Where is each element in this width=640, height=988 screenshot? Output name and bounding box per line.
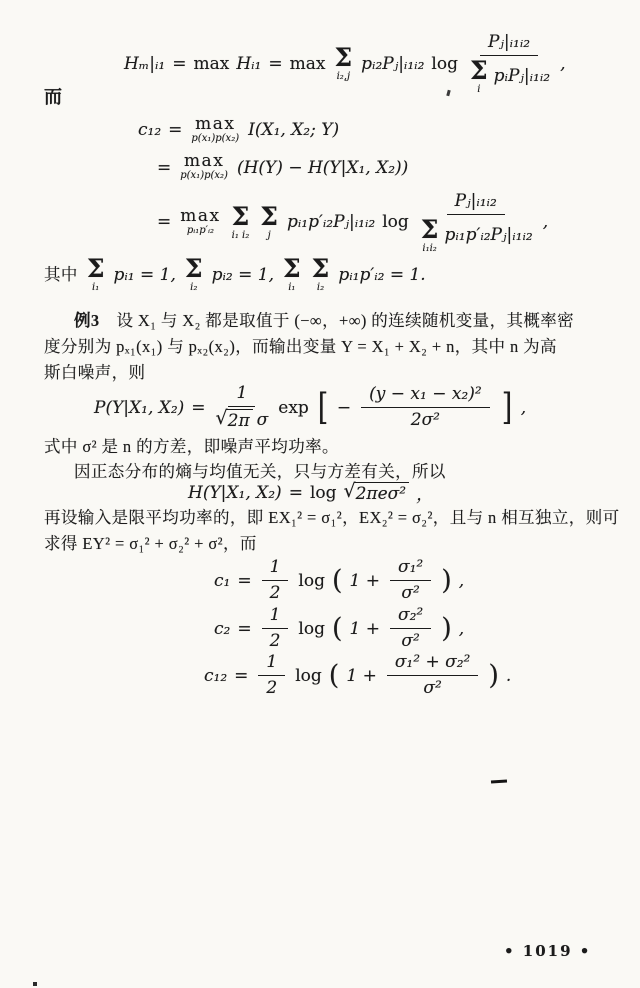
max-with-constraint: max pᵢ₁p′ᵢ₂ xyxy=(180,208,220,236)
sigma-glyph: Σ xyxy=(312,256,330,281)
derivation-line-3: = max pᵢ₁p′ᵢ₂ Σ i₁ i₂ Σ j pᵢ₁p′ᵢ₂Pⱼ|ᵢ₁ᵢ₂… xyxy=(157,191,548,254)
fraction-numerator: σ₁² + σ₂² xyxy=(387,652,479,676)
fraction-denominator: 2 xyxy=(266,676,277,699)
sum-index: i₂ xyxy=(190,283,197,293)
paragraph-line: 度分别为 pₓ₁(x₁) 与 pₓ₂(x₂)，而输出变量 Y = X₁ + X₂… xyxy=(44,334,599,360)
fraction: 1 2 xyxy=(262,605,289,653)
fraction-numerator: 1 xyxy=(228,383,255,407)
paragraph-text: 设 X₁ 与 X₂ 都是取值于 (−∞，+∞) 的连续随机变量，其概率密 xyxy=(100,311,575,330)
right-paren: ) xyxy=(441,618,452,640)
square-root: √ 2πeσ² xyxy=(344,482,410,504)
trailing-period: . xyxy=(506,666,511,686)
fraction-numerator: 1 xyxy=(262,605,289,629)
paragraph-example-3: 例3 设 X₁ 与 X₂ 都是取值于 (−∞，+∞) 的连续随机变量，其概率密 … xyxy=(44,308,599,386)
equals-sign: = xyxy=(168,120,182,140)
sigma-term: σ xyxy=(257,410,269,431)
book-page: Hₘ|ᵢ₁ = max Hᵢ₁ = max Σ i₂,j pᵢ₂Pⱼ|ᵢ₁ᵢ₂ … xyxy=(0,0,640,988)
fraction: Pⱼ|ᵢ₁ᵢ₂ Σ i₁i₂ pᵢ₁p′ᵢ₂Pⱼ|ᵢ₁ᵢ₂ xyxy=(419,191,533,254)
constraint-term: pᵢ₁p′ᵢ₂ = 1. xyxy=(338,265,425,285)
constraint-term: pᵢ₂ = 1, xyxy=(212,265,274,285)
log-operator: log xyxy=(298,571,325,591)
f1-lhs: Hₘ|ᵢ₁ xyxy=(124,54,165,74)
trailing-comma: , xyxy=(521,398,526,418)
square-root: √ 2π xyxy=(216,409,253,432)
log-operator: log xyxy=(310,483,337,503)
fraction-numerator: 1 xyxy=(258,652,285,676)
sigma-glyph: Σ xyxy=(260,204,278,229)
formula-capacity-c2: c₂ = 1 2 log ( 1 + σ₂² σ² ) , xyxy=(214,605,464,653)
max-constraint: p(x₁)p(x₂) xyxy=(191,134,239,145)
sum-index: i₂ xyxy=(317,283,324,293)
sum-index: i₁ xyxy=(288,283,295,293)
right-bracket: ] xyxy=(501,394,512,422)
fraction: σ₁² + σ₂² σ² xyxy=(387,652,479,700)
summation-symbol: Σ i₂ xyxy=(185,256,203,293)
right-paren: ) xyxy=(441,570,452,592)
fraction-numerator: Pⱼ|ᵢ₁ᵢ₂ xyxy=(480,32,538,56)
text-variance-note: 式中 σ² 是 n 的方差，即噪声平均功率。 xyxy=(44,434,339,460)
formula-capacity-c12: c₁₂ = 1 2 log ( 1 + σ₁² + σ₂² σ² ) . xyxy=(204,652,511,700)
f8-lhs: c₁₂ xyxy=(204,666,227,686)
left-bracket: [ xyxy=(318,394,329,422)
equals-sign: = xyxy=(234,666,248,686)
max-operator: max xyxy=(195,116,235,134)
equals-sign: = xyxy=(268,54,282,74)
f6-lhs: c₁ xyxy=(214,571,230,591)
sum-index: i xyxy=(477,85,480,95)
log-operator: log xyxy=(295,666,322,686)
fraction: σ₁² σ² xyxy=(390,557,431,605)
exp-operator: exp xyxy=(278,398,309,418)
equals-sign: = xyxy=(172,54,186,74)
sum-index: i₁ i₂ xyxy=(232,231,250,241)
max-constraint: pᵢ₁p′ᵢ₂ xyxy=(187,226,214,237)
f2-body: pᵢ₁p′ᵢ₂Pⱼ|ᵢ₁ᵢ₂ xyxy=(287,212,375,232)
scan-artifact-speck xyxy=(33,982,37,986)
fraction: 1 √ 2π σ xyxy=(216,383,269,433)
max-operator: max xyxy=(193,54,229,74)
fraction-numerator: σ₂² xyxy=(390,605,431,629)
derivation-line-2: = max p(x₁)p(x₂) (H(Y) − H(Y|X₁, X₂)) xyxy=(157,153,548,181)
log-operator: log xyxy=(382,212,409,232)
mutual-information-term: I(X₁, X₂; Y) xyxy=(248,120,339,140)
sum-index: i₁ xyxy=(92,283,99,293)
text-power-constraint-1: 再设输入是限平均功率的，即 EX₁² = σ₁²，EX₂² = σ₂²，且与 n… xyxy=(44,505,620,531)
f2-lhs: c₁₂ xyxy=(138,120,161,140)
fraction-numerator: Pⱼ|ᵢ₁ᵢ₂ xyxy=(447,191,505,215)
sigma-glyph: Σ xyxy=(470,58,488,83)
scan-artifact-dash xyxy=(491,779,507,783)
sigma-glyph: Σ xyxy=(185,256,203,281)
left-paren: ( xyxy=(332,570,343,592)
sigma-glyph: Σ xyxy=(334,45,352,70)
summation-symbol: Σ i₂ xyxy=(312,256,330,293)
summation-symbol: Σ i₁ xyxy=(87,256,105,293)
log-operator: log xyxy=(431,54,458,74)
sigma-glyph: Σ xyxy=(421,217,439,242)
text-power-constraint-2: 求得 EY² = σ₁² + σ₂² + σ²，而 xyxy=(44,531,257,557)
sigma-glyph: Σ xyxy=(283,256,301,281)
derivation-line-1: c₁₂ = max p(x₁)p(x₂) I(X₁, X₂; Y) xyxy=(138,116,548,144)
connector-word: 而 xyxy=(44,84,62,110)
scan-artifact-speck xyxy=(446,90,450,97)
minus-sign: − xyxy=(337,398,351,418)
formula-gaussian-density: P(Y|X₁, X₂) = 1 √ 2π σ exp [ − (y − x₁ −… xyxy=(94,383,526,433)
one-plus-term: 1 + xyxy=(350,571,380,591)
fraction-denominator: σ² xyxy=(401,629,419,652)
max-constraint: p(x₁)p(x₂) xyxy=(180,171,228,182)
summation-symbol: Σ i₂,j xyxy=(334,45,352,82)
summation-symbol: Σ i₁i₂ xyxy=(421,217,439,254)
summation-symbol: Σ i₁ i₂ xyxy=(232,204,250,241)
formula-probability-constraints: 其中 Σ i₁ pᵢ₁ = 1, Σ i₂ pᵢ₂ = 1, Σ i₁ Σ i₂… xyxy=(44,256,426,293)
fraction: 1 2 xyxy=(258,652,285,700)
summation-symbol: Σ j xyxy=(260,204,278,241)
fraction-numerator: (y − x₁ − x₂)² xyxy=(361,384,490,408)
max-with-constraint: max p(x₁)p(x₂) xyxy=(180,153,228,181)
sum-index: j xyxy=(268,231,271,241)
fraction-denominator: 2σ² xyxy=(411,408,440,431)
fraction-denominator: σ² xyxy=(423,676,441,699)
max-operator: max xyxy=(290,54,326,74)
fraction: σ₂² σ² xyxy=(390,605,431,653)
left-paren: ( xyxy=(329,665,340,687)
fraction-numerator: σ₁² xyxy=(390,557,431,581)
fraction-denominator: 2 xyxy=(270,629,281,652)
sigma-glyph: Σ xyxy=(87,256,105,281)
max-operator: max xyxy=(180,208,220,226)
log-operator: log xyxy=(298,619,325,639)
entropy-difference-term: (H(Y) − H(Y|X₁, X₂)) xyxy=(237,158,408,178)
inline-label: 其中 xyxy=(44,262,78,288)
f1-mid: Hᵢ₁ xyxy=(236,54,261,74)
sum-index: i₁i₂ xyxy=(422,244,436,254)
formula-capacity-c1: c₁ = 1 2 log ( 1 + σ₁² σ² ) , xyxy=(214,557,464,605)
one-plus-term: 1 + xyxy=(346,666,376,686)
radicand: 2π xyxy=(226,409,253,432)
fraction: Pⱼ|ᵢ₁ᵢ₂ Σ i pᵢPⱼ|ᵢ₁ᵢ₂ xyxy=(468,32,550,95)
fraction-denominator: Σ i pᵢPⱼ|ᵢ₁ᵢ₂ xyxy=(468,56,550,95)
max-operator: max xyxy=(184,153,224,171)
equals-sign: = xyxy=(237,571,251,591)
fraction-denominator: Σ i₁i₂ pᵢ₁p′ᵢ₂Pⱼ|ᵢ₁ᵢ₂ xyxy=(419,215,533,254)
sum-index: i₂,j xyxy=(337,72,351,82)
one-plus-term: 1 + xyxy=(350,619,380,639)
f5-lhs: H(Y|X₁, X₂) xyxy=(188,483,282,503)
fraction: 1 2 xyxy=(262,557,289,605)
summation-symbol: Σ i xyxy=(470,58,488,95)
paragraph-line: 例3 设 X₁ 与 X₂ 都是取值于 (−∞，+∞) 的连续随机变量，其概率密 xyxy=(44,308,599,334)
equals-sign: = xyxy=(191,398,205,418)
page-number: • 1019 • xyxy=(504,942,591,960)
max-with-constraint: max p(x₁)p(x₂) xyxy=(191,116,239,144)
equals-sign: = xyxy=(157,158,171,178)
trailing-comma: , xyxy=(543,212,548,232)
formula-c12-derivation: c₁₂ = max p(x₁)p(x₂) I(X₁, X₂; Y) = max … xyxy=(138,116,548,254)
equals-sign: = xyxy=(289,483,303,503)
left-paren: ( xyxy=(332,618,343,640)
fraction-numerator: 1 xyxy=(262,557,289,581)
fraction-denominator: 2 xyxy=(270,581,281,604)
equals-sign: = xyxy=(237,619,251,639)
f2-den-body: pᵢ₁p′ᵢ₂Pⱼ|ᵢ₁ᵢ₂ xyxy=(444,225,532,246)
equals-sign: = xyxy=(157,212,171,232)
fraction-denominator: σ² xyxy=(401,581,419,604)
f4-lhs: P(Y|X₁, X₂) xyxy=(94,398,184,418)
f1-body: pᵢ₂Pⱼ|ᵢ₁ᵢ₂ xyxy=(361,54,424,74)
f7-lhs: c₂ xyxy=(214,619,230,639)
f1-den-body: pᵢPⱼ|ᵢ₁ᵢ₂ xyxy=(494,66,550,87)
trailing-comma: , xyxy=(459,571,464,591)
radicand: 2πeσ² xyxy=(354,482,409,504)
trailing-comma: , xyxy=(560,54,565,74)
formula-hmax: Hₘ|ᵢ₁ = max Hᵢ₁ = max Σ i₂,j pᵢ₂Pⱼ|ᵢ₁ᵢ₂ … xyxy=(124,32,566,95)
right-paren: ) xyxy=(488,665,499,687)
fraction-denominator: √ 2π σ xyxy=(216,407,269,432)
trailing-comma: , xyxy=(459,619,464,639)
summation-symbol: Σ i₁ xyxy=(283,256,301,293)
trailing-comma: ， xyxy=(416,480,433,505)
sigma-glyph: Σ xyxy=(232,204,250,229)
constraint-term: pᵢ₁ = 1, xyxy=(114,265,176,285)
fraction: (y − x₁ − x₂)² 2σ² xyxy=(361,384,490,432)
example-label: 例3 xyxy=(74,311,100,330)
formula-conditional-entropy: H(Y|X₁, X₂) = log √ 2πeσ² ， xyxy=(188,480,433,505)
